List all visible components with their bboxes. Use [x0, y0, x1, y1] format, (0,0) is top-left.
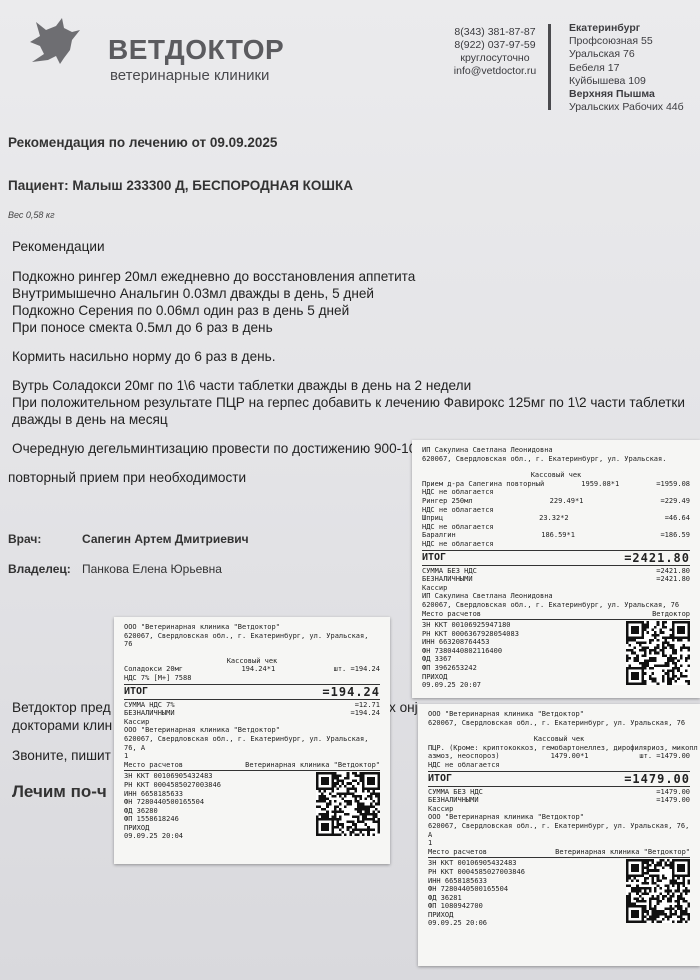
recommendation-line: Внутримышечно Анальгин 0.03мл дважды в д…	[12, 285, 374, 302]
recommendation-line: При поносе смекта 0.5мл до 6 раз в день	[12, 319, 273, 336]
receipt-seller-address-2: 1	[124, 752, 380, 761]
receipt-heading: Кассовый чек	[428, 735, 690, 744]
partial-text: х онј	[389, 700, 418, 715]
receipt-fiscal: ЗН ККТ 00106905432483РН ККТ 000458502700…	[124, 772, 221, 841]
receipt-address: 620067, Свердловская обл., г. Екатеринбу…	[124, 632, 380, 649]
address-item: Куйбышева 109	[569, 75, 684, 88]
recommendation-line: Кормить насильно норму до 6 раз в день.	[12, 348, 276, 365]
receipt-place: Место расчетовВетеринарная клиника "Ветд…	[428, 848, 690, 857]
receipt-heading: Кассовый чек	[422, 471, 690, 480]
phone-1: 8(343) 381-87-87	[450, 26, 540, 39]
recommendation-line: Очередную дегельминтизацию провести по д…	[12, 440, 416, 457]
qr-code-icon	[316, 772, 380, 836]
receipt-vat: НДС не облагается	[422, 540, 690, 549]
receipt-cashier: Кассир	[428, 805, 690, 814]
receipt-seller: ООО "Ветеринарная клиника "Ветдоктор"	[124, 726, 380, 735]
document-title: Рекомендация по лечению от 09.09.2025	[8, 135, 277, 150]
receipt-item: Соладокси 20мг194.24*1шт. =194.24	[124, 665, 380, 674]
receipt-total: ИТОГ=194.24	[124, 686, 380, 698]
receipt-summary: БЕЗНАЛИЧНЫМИ=2421.80	[422, 575, 690, 584]
receipt-summary: СУММА НДС 7%=12.71	[124, 701, 380, 710]
qr-code-icon	[626, 621, 690, 685]
partial-text: Звоните, пишит	[12, 748, 111, 763]
receipt-heading: Кассовый чек	[124, 657, 380, 666]
receipt-cashier: Кассир	[124, 718, 380, 727]
receipt-fiscal: ЗН ККТ 00106925947180РН ККТ 000636792805…	[422, 621, 519, 690]
receipt-vat: НДС не облагается	[422, 488, 690, 497]
owner-name: Панкова Елена Юрьевна	[82, 562, 222, 576]
address-city: Екатеринбург	[569, 22, 684, 35]
receipt-item: Шприц23.32*2=46.64	[422, 514, 690, 523]
receipt-summary: СУММА БЕЗ НДС=2421.80	[422, 567, 690, 576]
partial-text: докторами клин	[12, 718, 112, 733]
brand-subtitle: ветеринарные клиники	[110, 68, 269, 84]
partial-text: Ветдоктор пред	[12, 700, 111, 715]
receipt-seller-address: 620067, Свердловская обл., г. Екатеринбу…	[428, 822, 690, 839]
patient-line: Пациент: Малыш 233300 Д, БЕСПОРОДНАЯ КОШ…	[8, 178, 353, 193]
recommendations-heading: Рекомендации	[12, 238, 105, 255]
receipt-item-name: ПЦР. (Кроме: криптококкоз, гемобартонелл…	[428, 744, 690, 753]
address-item: Профсоюзная 55	[569, 35, 684, 48]
receipt-item: Баралгин186.59*1=186.59	[422, 531, 690, 540]
recommendation-line: Подкожно рингер 20мл ежедневно до восста…	[12, 268, 415, 285]
receipt-address: 620067, Свердловская обл., г. Екатеринбу…	[428, 719, 690, 728]
contacts-block: 8(343) 381-87-87 8(922) 037-97-59 кругло…	[450, 26, 540, 78]
hours: круглосуточно	[450, 52, 540, 65]
receipt-vat: НДС 7% [М+] 7588	[124, 674, 380, 683]
receipt-place: Место расчетовВетдоктор	[422, 610, 690, 619]
receipt-address: 620067, Свердловская обл., г. Екатеринбу…	[422, 455, 690, 464]
vetdoctor-logo: ВЕТДОКТОР ветеринарные клиники	[24, 14, 274, 76]
patient-weight: Вес 0,58 кг	[8, 210, 55, 220]
receipt-fiscal: ЗН ККТ 00106905432483РН ККТ 000458502700…	[428, 859, 525, 928]
receipt-cashier: Кассир	[422, 584, 690, 593]
receipt-seller-address: 620067, Свердловская обл., г. Екатеринбу…	[422, 601, 690, 610]
receipt-item: азмоз, неоспороз)1479.00*1шт. =1479.00	[428, 752, 690, 761]
receipt-item: Прием д-ра Сапегина повторный1959.08*1=1…	[422, 480, 690, 489]
receipt-summary: СУММА БЕЗ НДС=1479.00	[428, 788, 690, 797]
doctor-name: Сапегин Артем Дмитриевич	[82, 532, 249, 546]
receipt-summary: БЕЗНАЛИЧНЫМИ=1479.00	[428, 796, 690, 805]
receipt-org: ИП Сакулина Светлана Леонидовна	[422, 446, 690, 455]
receipt-seller-address: 620067, Свердловская обл., г. Екатеринбу…	[124, 735, 380, 752]
addresses-block: Екатеринбург Профсоюзная 55 Уральская 76…	[569, 22, 684, 114]
receipt-vat: НДС не облагается	[428, 761, 690, 770]
recommendation-line: Подкожно Серения по 0.06мл один раз в де…	[12, 302, 349, 319]
address-item: Бебеля 17	[569, 62, 684, 75]
receipt-vat: НДС не облагается	[422, 523, 690, 532]
address-city: Верхняя Пышма	[569, 88, 684, 101]
receipt-place: Место расчетовВетеринарная клиника "Ветд…	[124, 761, 380, 770]
receipt-seller: ООО "Ветеринарная клиника "Ветдоктор"	[428, 813, 690, 822]
receipt-total: ИТОГ=1479.00	[428, 773, 690, 785]
doctor-label: Врач:	[8, 532, 41, 546]
receipt-seller: ИП Сакулина Светлана Леонидовна	[422, 592, 690, 601]
receipt-seller-address-2: 1	[428, 839, 690, 848]
recommendation-line: При положительном результате ПЦР на герп…	[12, 394, 685, 411]
qr-code-icon	[626, 859, 690, 923]
receipt-2: ООО "Ветеринарная клиника "Ветдоктор" 62…	[114, 617, 390, 864]
slogan: Лечим по-ч	[12, 782, 107, 802]
recommendation-line: дважды в день на месяц	[12, 411, 168, 428]
recommendation-line: Вутрь Соладокси 20мг по 1\6 части таблет…	[12, 377, 471, 394]
receipt-vat: НДС не облагается	[422, 506, 690, 515]
owner-label: Владелец:	[8, 562, 71, 576]
receipt-total: ИТОГ=2421.80	[422, 552, 690, 564]
recommendation-line: повторный прием при необходимости	[8, 469, 246, 486]
receipt-item: Рингер 250мл229.49*1=229.49	[422, 497, 690, 506]
brand-name: ВЕТДОКТОР	[108, 36, 284, 64]
receipt-org: ООО "Ветеринарная клиника "Ветдоктор"	[428, 710, 690, 719]
receipt-summary: БЕЗНАЛИЧНЫМИ=194.24	[124, 709, 380, 718]
phone-2: 8(922) 037-97-59	[450, 39, 540, 52]
cat-logo-icon	[26, 16, 82, 66]
address-item: Уральских Рабочих 44б	[569, 101, 684, 114]
header-divider	[548, 24, 551, 110]
receipt-1: ИП Сакулина Светлана Леонидовна 620067, …	[412, 440, 700, 698]
receipt-3: ООО "Ветеринарная клиника "Ветдоктор" 62…	[418, 704, 700, 966]
email: info@vetdoctor.ru	[450, 65, 540, 78]
receipt-org: ООО "Ветеринарная клиника "Ветдоктор"	[124, 623, 380, 632]
address-item: Уральская 76	[569, 48, 684, 61]
